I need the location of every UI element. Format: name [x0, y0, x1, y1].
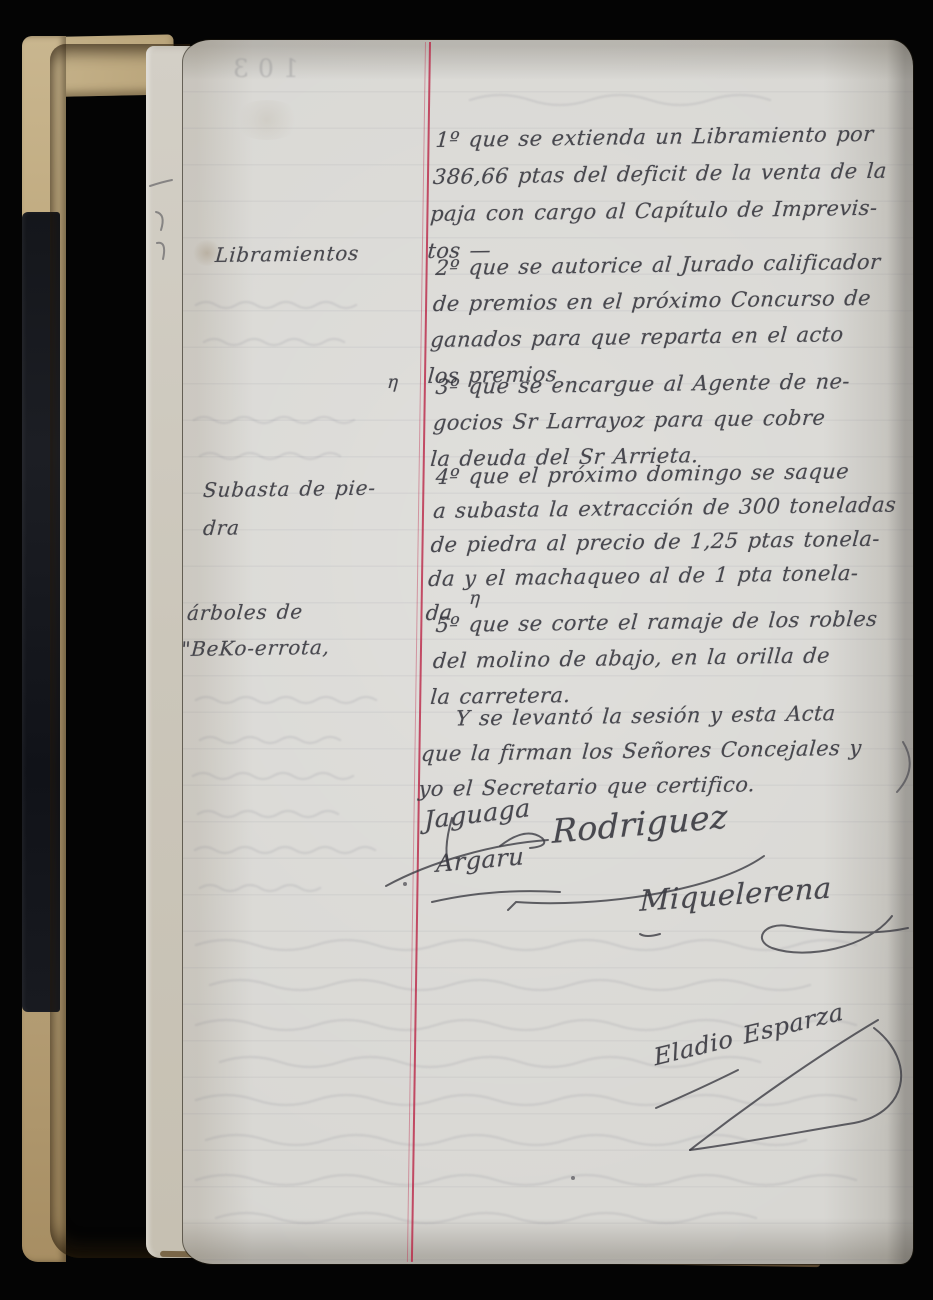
margin-note-arboles-line1: árboles de: [186, 599, 304, 625]
margin-note-subasta-line2: dra: [202, 515, 240, 540]
ghost-page-number: 103: [224, 54, 299, 83]
manuscript-line: de premios en el próximo Concurso de: [432, 280, 880, 322]
manuscript-line: 2º que se autorice al Jurado calificador: [434, 244, 882, 286]
manuscript-line: 5º que se corte el ramaje de los robles: [434, 601, 878, 643]
manuscript-line: gocios Sr Larrayoz para que cobre: [432, 399, 849, 441]
manuscript-line: del molino de abajo, en la orilla de: [432, 637, 876, 679]
manuscript-line: que la firman los Señores Concejales y: [420, 731, 863, 772]
manuscript-line: 386,66 ptas del deficit de la venta de l…: [432, 153, 889, 196]
manuscript-line: da y el machaqueo al de 1 pta tonela-: [427, 556, 892, 596]
ditto-mark: η: [386, 372, 399, 393]
manuscript-line: paja con cargo al Capítulo de Imprevis-: [429, 190, 886, 233]
manuscript-line: 3º que se encargue al Agente de ne-: [434, 363, 851, 405]
margin-note-arboles-line2: "BeKo-errota,: [180, 635, 331, 661]
manuscript-line: ganados para que reparta en el acto: [429, 316, 877, 358]
margin-note-libramientos: Libramientos: [214, 241, 360, 267]
manuscript-line: Y se levantó la sesión y esta Acta: [454, 696, 865, 737]
manuscript-photo: 103 Libramientos η Subasta: [0, 0, 933, 1300]
margin-note-subasta-line1: Subasta de pie-: [202, 476, 377, 502]
closing-paragraph: Y se levantó la sesión y esta Acta que l…: [417, 696, 865, 807]
manuscript-line: 1º que se extienda un Libramiento por: [434, 116, 891, 159]
